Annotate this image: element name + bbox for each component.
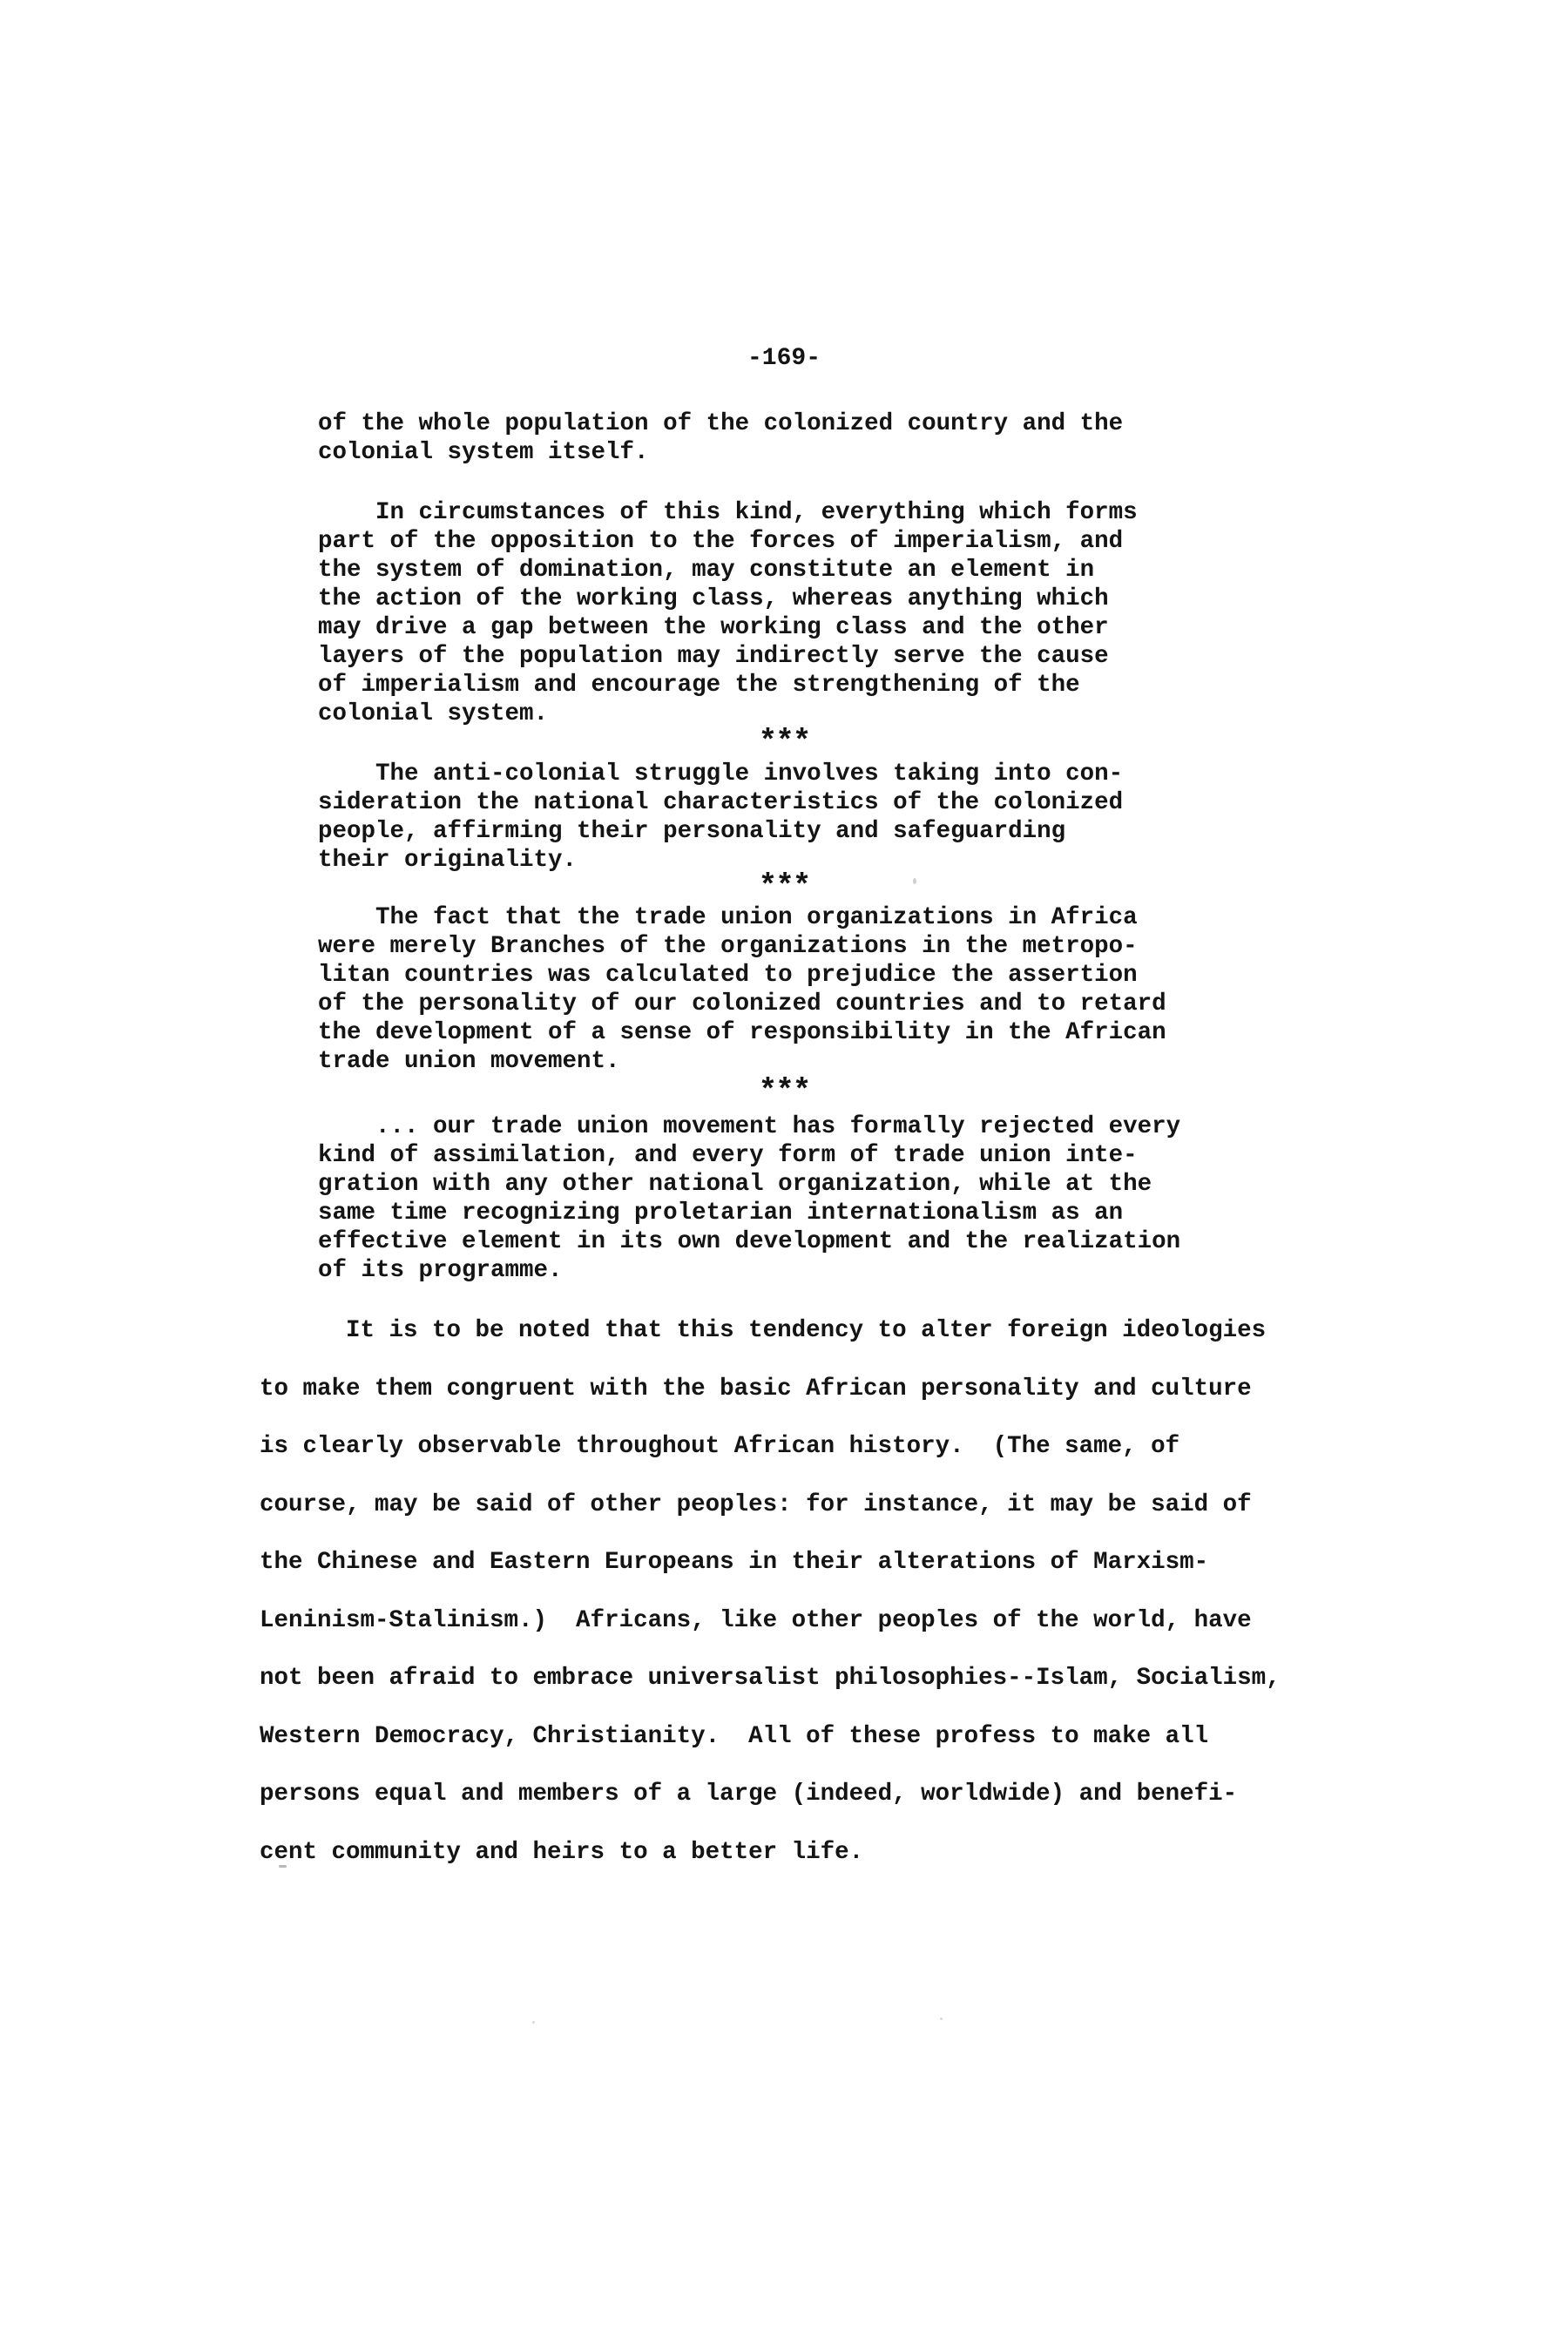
document-page: -169- of the whole population of the col… (0, 0, 1568, 2352)
quote-paragraph-1: of the whole population of the colonized… (318, 409, 1123, 467)
asterisk-separator-3: *** (0, 1077, 1568, 1105)
asterisk-separator-2: *** (0, 872, 1568, 901)
quote-paragraph-3: The anti-colonial struggle involves taki… (318, 760, 1123, 875)
scan-speck (940, 2017, 943, 2020)
asterisk-separator-1: *** (0, 727, 1568, 756)
scan-speck (532, 2021, 535, 2024)
scan-speck (913, 878, 916, 884)
quote-paragraph-5: ... our trade union movement has formall… (318, 1112, 1180, 1285)
body-paragraph: It is to be noted that this tendency to … (260, 1302, 1281, 1882)
quote-paragraph-2: In circumstances of this kind, everythin… (318, 498, 1138, 728)
scan-speck (279, 1865, 287, 1868)
page-number: -169- (0, 344, 1568, 373)
quote-paragraph-4: The fact that the trade union organizati… (318, 903, 1166, 1076)
